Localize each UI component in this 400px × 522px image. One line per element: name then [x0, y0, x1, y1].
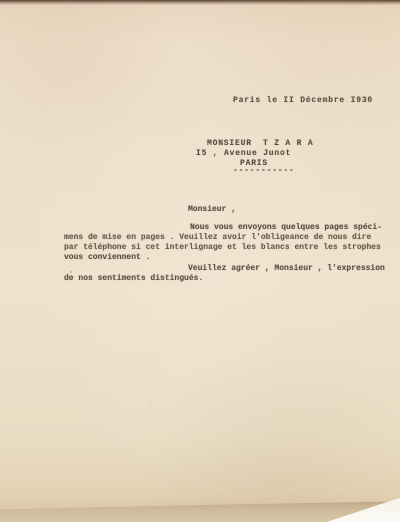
paper-texture [0, 0, 400, 522]
date-line: Paris le II Décembre I930 [233, 96, 373, 106]
body-line: par téléphone si cet interlignage et les… [64, 243, 381, 253]
paper-speck [304, 56, 306, 57]
body-line: mens de mise en pages . Veuillez avoir l… [64, 233, 371, 243]
salutation: Monsieur , [188, 205, 236, 215]
paper-speck [150, 402, 152, 404]
closing-line: Veuillez agréer , Monsieur , l'expressio… [188, 264, 385, 274]
recipient-underline: ----------- [233, 166, 295, 176]
letter-scan: Paris le II Décembre I930 MONSIEUR T Z A… [0, 0, 400, 522]
closing-line: de nos sentiments distingués. [64, 274, 203, 284]
scan-top-edge-shadow [0, 0, 400, 5]
recipient-name-line: MONSIEUR T Z A R A [207, 139, 313, 149]
paper-speck [70, 271, 72, 273]
recipient-street-line: I5 , Avenue Junot [196, 149, 291, 159]
body-line: vous conviennent . [64, 253, 150, 263]
body-line: Nous vous envoyons quelques pages spéci- [190, 223, 382, 233]
